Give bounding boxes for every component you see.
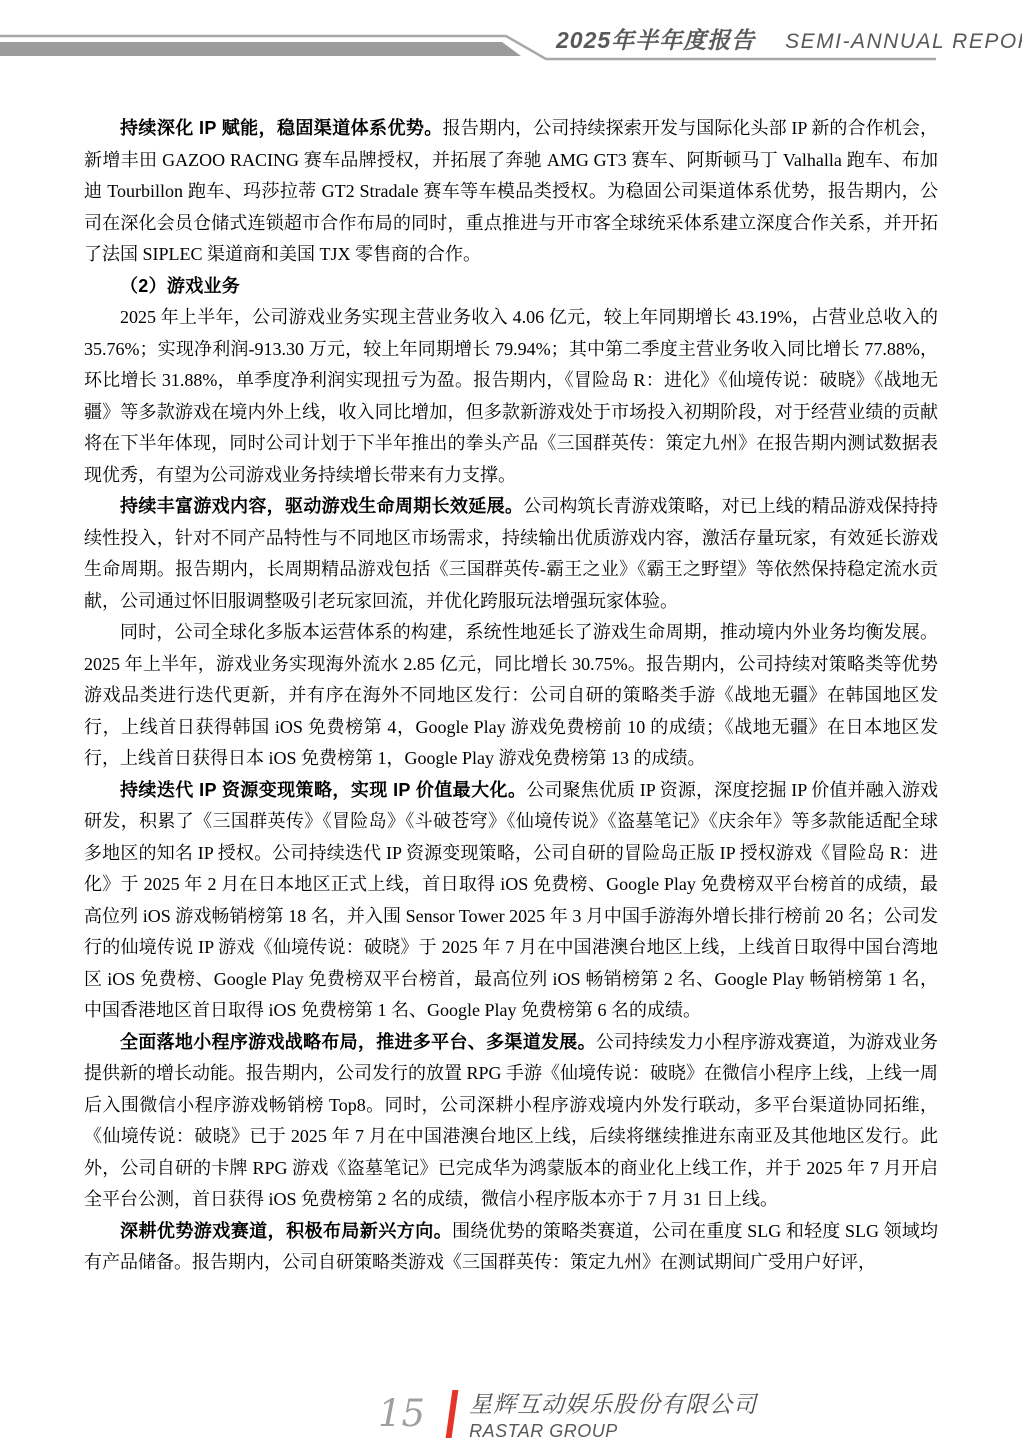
paragraph-lead: 深耕优势游戏赛道，积极布局新兴方向。 xyxy=(120,1221,452,1241)
footer-red-bar-icon xyxy=(446,1390,459,1438)
paragraph-text: 2025 年上半年，公司游戏业务实现主营业务收入 4.06 亿元，较上年同期增长… xyxy=(84,307,938,485)
header-thick-bar xyxy=(0,42,521,56)
body-paragraph: 2025 年上半年，公司游戏业务实现主营业务收入 4.06 亿元，较上年同期增长… xyxy=(84,302,938,491)
body-paragraph: 同时，公司全球化多版本运营体系的构建，系统性地延长了游戏生命周期，推动境内外业务… xyxy=(84,617,938,775)
paragraph-text: 公司持续发力小程序游戏赛道，为游戏业务提供新的增长动能。报告期内，公司发行的放置… xyxy=(84,1032,938,1210)
paragraph-text: 公司聚焦优质 IP 资源，深度挖掘 IP 价值并融入游戏研发，积累了《三国群英传… xyxy=(84,780,938,1021)
body-paragraph: 持续迭代 IP 资源变现策略，实现 IP 价值最大化。公司聚焦优质 IP 资源，… xyxy=(84,775,938,1027)
page-number: 15 xyxy=(378,1392,425,1435)
company-block: 星辉互动娱乐股份有限公司 RASTAR GROUP xyxy=(469,1386,757,1442)
paragraph-text: 报告期内，公司持续探索开发与国际化头部 IP 新的合作机会，新增丰田 GAZOO… xyxy=(84,118,938,264)
report-page: 2025年半年度报告 SEMI-ANNUAL REPORT 持续深化 IP 赋能… xyxy=(0,0,1022,1454)
paragraph-lead: 全面落地小程序游戏战略布局，推进多平台、多渠道发展。 xyxy=(120,1032,596,1052)
company-name-en: RASTAR GROUP xyxy=(469,1421,757,1442)
section-heading: （2）游戏业务 xyxy=(84,271,938,303)
body-paragraph: 深耕优势游戏赛道，积极布局新兴方向。围绕优势的策略类赛道，公司在重度 SLG 和… xyxy=(84,1216,938,1279)
body-paragraph: 全面落地小程序游戏战略布局，推进多平台、多渠道发展。公司持续发力小程序游戏赛道，… xyxy=(84,1027,938,1216)
report-title-cn: 2025年半年度报告 xyxy=(556,22,755,55)
paragraph-lead: 持续深化 IP 赋能，稳固渠道体系优势。 xyxy=(120,118,443,138)
report-title-en: SEMI-ANNUAL REPORT xyxy=(785,30,1022,54)
paragraph-text: 同时，公司全球化多版本运营体系的构建，系统性地延长了游戏生命周期，推动境内外业务… xyxy=(84,622,938,768)
company-name-cn: 星辉互动娱乐股份有限公司 xyxy=(469,1386,757,1419)
header-titles: 2025年半年度报告 SEMI-ANNUAL REPORT xyxy=(556,22,956,55)
page-footer: 15 星辉互动娱乐股份有限公司 RASTAR GROUP xyxy=(378,1386,757,1442)
body-paragraph: 持续丰富游戏内容，驱动游戏生命周期长效延展。公司构筑长青游戏策略，对已上线的精品… xyxy=(84,491,938,617)
report-body: 持续深化 IP 赋能，稳固渠道体系优势。报告期内，公司持续探索开发与国际化头部 … xyxy=(84,113,938,1279)
paragraph-lead: 持续丰富游戏内容，驱动游戏生命周期长效延展。 xyxy=(120,496,523,516)
paragraph-lead: 持续迭代 IP 资源变现策略，实现 IP 价值最大化。 xyxy=(120,780,526,800)
body-paragraph: 持续深化 IP 赋能，稳固渠道体系优势。报告期内，公司持续探索开发与国际化头部 … xyxy=(84,113,938,271)
